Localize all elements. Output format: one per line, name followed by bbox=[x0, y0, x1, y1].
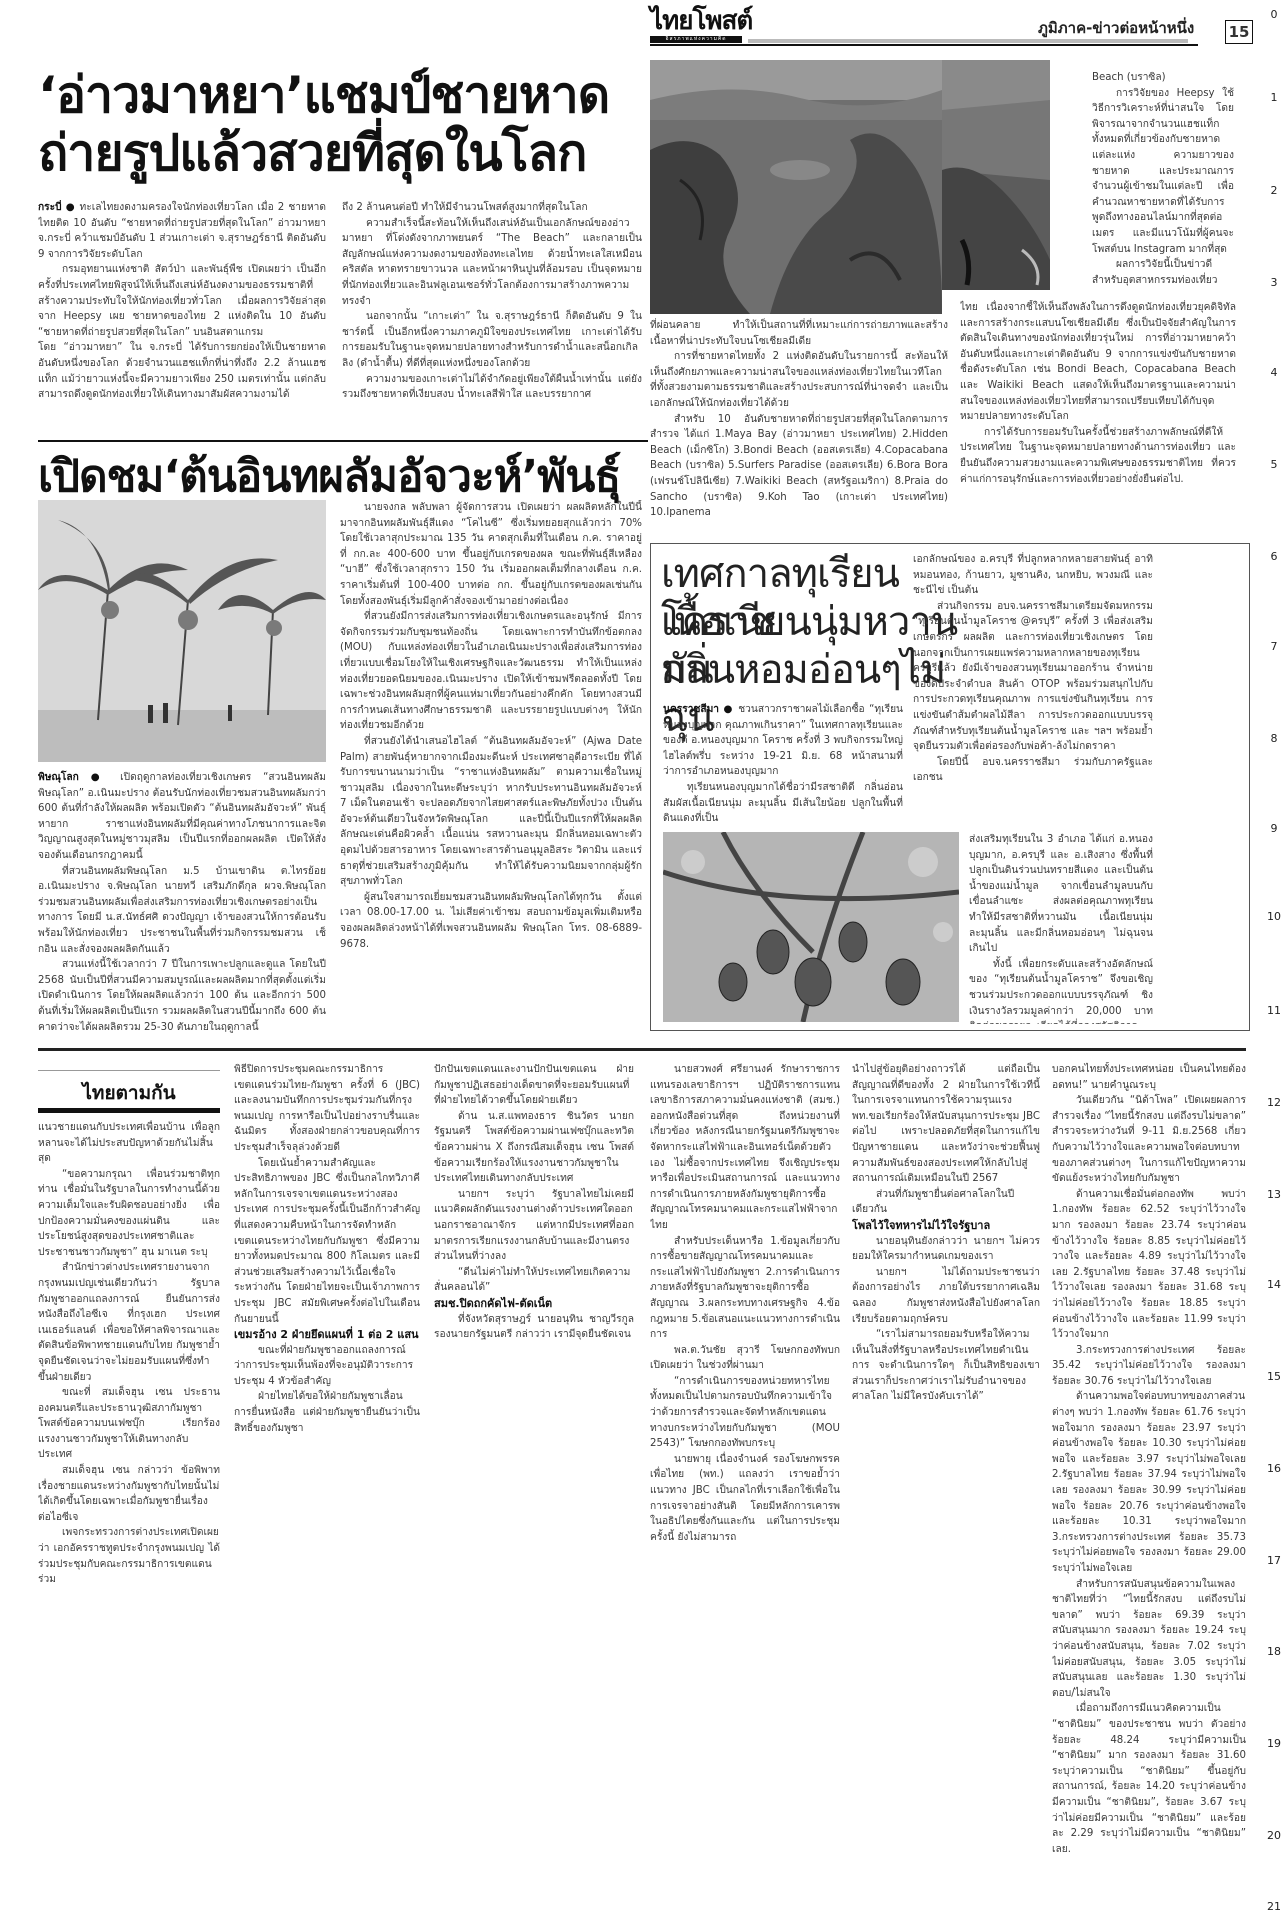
ruler-mark: 16 bbox=[1264, 1462, 1284, 1475]
photo-date-palm-garden bbox=[38, 500, 326, 762]
photo-durian-tree bbox=[663, 832, 959, 1022]
article-column: นครราชสีมา ● ชวนสาวกราชาผลไม้เลือกซื้อ “… bbox=[663, 702, 903, 826]
article-column: นายสวพงศ์ ศรียานงค์ รักษาราชการแทนรองเลข… bbox=[650, 1062, 840, 1912]
subhead: เขมรอ้าง 2 ฝ่ายยึดแผนที่ 1 ต่อ 2 แสน bbox=[234, 1327, 420, 1343]
dateline: กระบี่ bbox=[38, 202, 62, 213]
ruler-mark: 1 bbox=[1264, 91, 1284, 104]
article-column: ไทย เนื่องจากชี้ให้เห็นถึงพลังในการดึงดู… bbox=[960, 300, 1236, 536]
article-column: ส่งเสริมทุเรียนใน 3 อำเภอ ได้แก่ อ.หนองบ… bbox=[969, 832, 1153, 1024]
newspaper-logo: ไทยโพสต์ bbox=[650, 8, 752, 34]
article-column: นำไปสู่ข้อยุติอย่างถาวรได้ แต่ถือเป็นสัญ… bbox=[852, 1062, 1040, 1912]
article-column: กระบี่ ● ทะเลไทยงดงามครองใจนักท่องเที่ยว… bbox=[38, 200, 326, 410]
article-column: ปักปันเขตแดนและงานปักปันเขตแดน ฝ่ายกัมพู… bbox=[434, 1062, 634, 1912]
article-column: นายจงกล พลับพลา ผู้จัดการสวน เปิดเผยว่า … bbox=[340, 500, 642, 1060]
ruler-mark: 15 bbox=[1264, 1370, 1284, 1383]
ruler-mark: 20 bbox=[1264, 1829, 1284, 1842]
ruler-mark: 12 bbox=[1264, 1096, 1284, 1109]
article-column: บอกคนไทยทั้งประเทศหน่อย เป็นคนไทยต้องอดท… bbox=[1052, 1062, 1246, 1902]
photo-maya-bay bbox=[650, 60, 942, 314]
article-column: พิธีปิดการประชุมคณะกรรมาธิการเขตแดนร่วมไ… bbox=[234, 1062, 420, 1912]
headline-line-1: ‘อ่าวมาหยา’แชมป์ชายหาด bbox=[38, 66, 648, 124]
ruler-mark: 4 bbox=[1264, 366, 1284, 379]
article-column: ที่ผ่อนคลาย ทำให้เป็นสถานที่ที่เหมาะแก่ก… bbox=[650, 318, 948, 536]
ruler-mark: 17 bbox=[1264, 1554, 1284, 1567]
article-column: แนวชายแดนกับประเทศเพื่อนบ้าน เพื่อลูกหลา… bbox=[38, 1120, 220, 1910]
ruler-mark: 3 bbox=[1264, 276, 1284, 289]
article-column: เอกลักษณ์ของ อ.ครบุรี ที่ปลูกหลากหลายสาย… bbox=[913, 552, 1153, 832]
page-number: 15 bbox=[1225, 20, 1253, 44]
ruler-mark: 13 bbox=[1264, 1188, 1284, 1201]
ruler-mark: 10 bbox=[1264, 910, 1284, 923]
ruler-mark: 9 bbox=[1264, 822, 1284, 835]
ruler-mark: 5 bbox=[1264, 458, 1284, 471]
dateline: พิษณุโลก bbox=[38, 772, 79, 783]
header-rule bbox=[650, 44, 1198, 46]
column-title: ไทยตามกัน bbox=[38, 1078, 220, 1108]
masthead: ไทยโพสต์ อิสรภาพแห่งความคิด ภูมิภาค-ข่าว… bbox=[650, 6, 1286, 46]
article-column: พิษณุโลก ● เปิดฤดูกาลท่องเที่ยวเชิงเกษตร… bbox=[38, 770, 326, 1060]
section-divider bbox=[38, 440, 648, 442]
subhead: โพลไว้ใจทหารไม่ไว้ใจรัฐบาล bbox=[852, 1218, 1040, 1234]
ruler-mark: 7 bbox=[1264, 640, 1284, 653]
section-divider bbox=[38, 1048, 1246, 1051]
article-column: ถึง 2 ล้านคนต่อปี ทำให้มีจำนวนโพสต์สูงมา… bbox=[342, 200, 642, 410]
section-title: ภูมิภาค-ข่าวต่อหน้าหนึ่ง bbox=[1038, 16, 1194, 40]
ruler-mark: 0 bbox=[1264, 8, 1284, 21]
article-durian-festival: เทศกาลทุเรียนโคราช เนื้อเนียนนุ่มหวานมัน… bbox=[650, 543, 1250, 1031]
ruler-mark: 21 bbox=[1264, 1900, 1284, 1913]
ruler-mark: 14 bbox=[1264, 1278, 1284, 1291]
logo-tagline: อิสรภาพแห่งความคิด bbox=[650, 36, 742, 43]
article-column: Beach (บราซิล) การวิจัยของ Heepsy ใช้วิธ… bbox=[1092, 70, 1234, 300]
ruler-mark: 19 bbox=[1264, 1737, 1284, 1750]
column-title-rule-bottom bbox=[38, 1108, 220, 1113]
ruler-mark: 2 bbox=[1264, 184, 1284, 197]
column-title-rule-top bbox=[38, 1070, 220, 1071]
dateline: นครราชสีมา bbox=[663, 704, 719, 715]
ruler-mark: 18 bbox=[1264, 1645, 1284, 1658]
ruler-mark: 6 bbox=[1264, 550, 1284, 563]
subhead: สมช.ปิดถกคัดไฟ-ตัดเน็ต bbox=[434, 1296, 634, 1312]
photo-maya-bay-cliff bbox=[942, 60, 1050, 290]
headline-line-2: ถ่ายรูปแล้วสวยที่สุดในโลก bbox=[38, 124, 648, 182]
ruler-mark: 8 bbox=[1264, 732, 1284, 745]
ruler-mark: 11 bbox=[1264, 1004, 1284, 1017]
